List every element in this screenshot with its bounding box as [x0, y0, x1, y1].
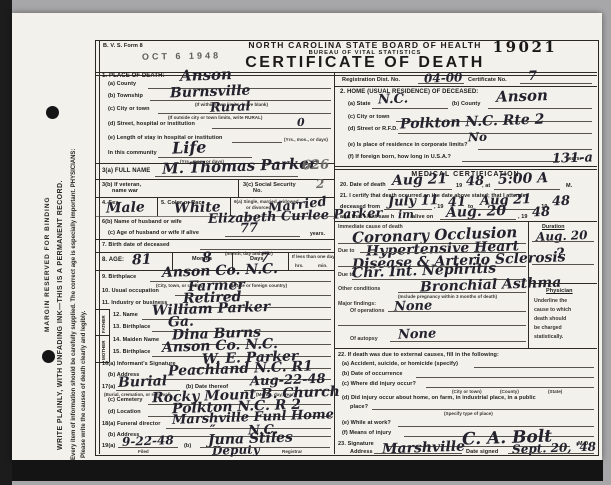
rule — [508, 453, 594, 454]
physician-signature-label: 23. Signature — [338, 441, 374, 447]
scanned-death-certificate: MARGIN RESERVED FOR BINDING WRITE PLAINL… — [0, 0, 611, 485]
physician-address-label: Address — [350, 449, 373, 455]
physician-address-value: Marshville — [382, 439, 466, 458]
rule — [374, 453, 462, 454]
date-signed-label: Date signed — [466, 449, 498, 455]
section-physician-signature: 23. Signature C. A. Bolt M.D. Address Ma… — [0, 0, 611, 485]
